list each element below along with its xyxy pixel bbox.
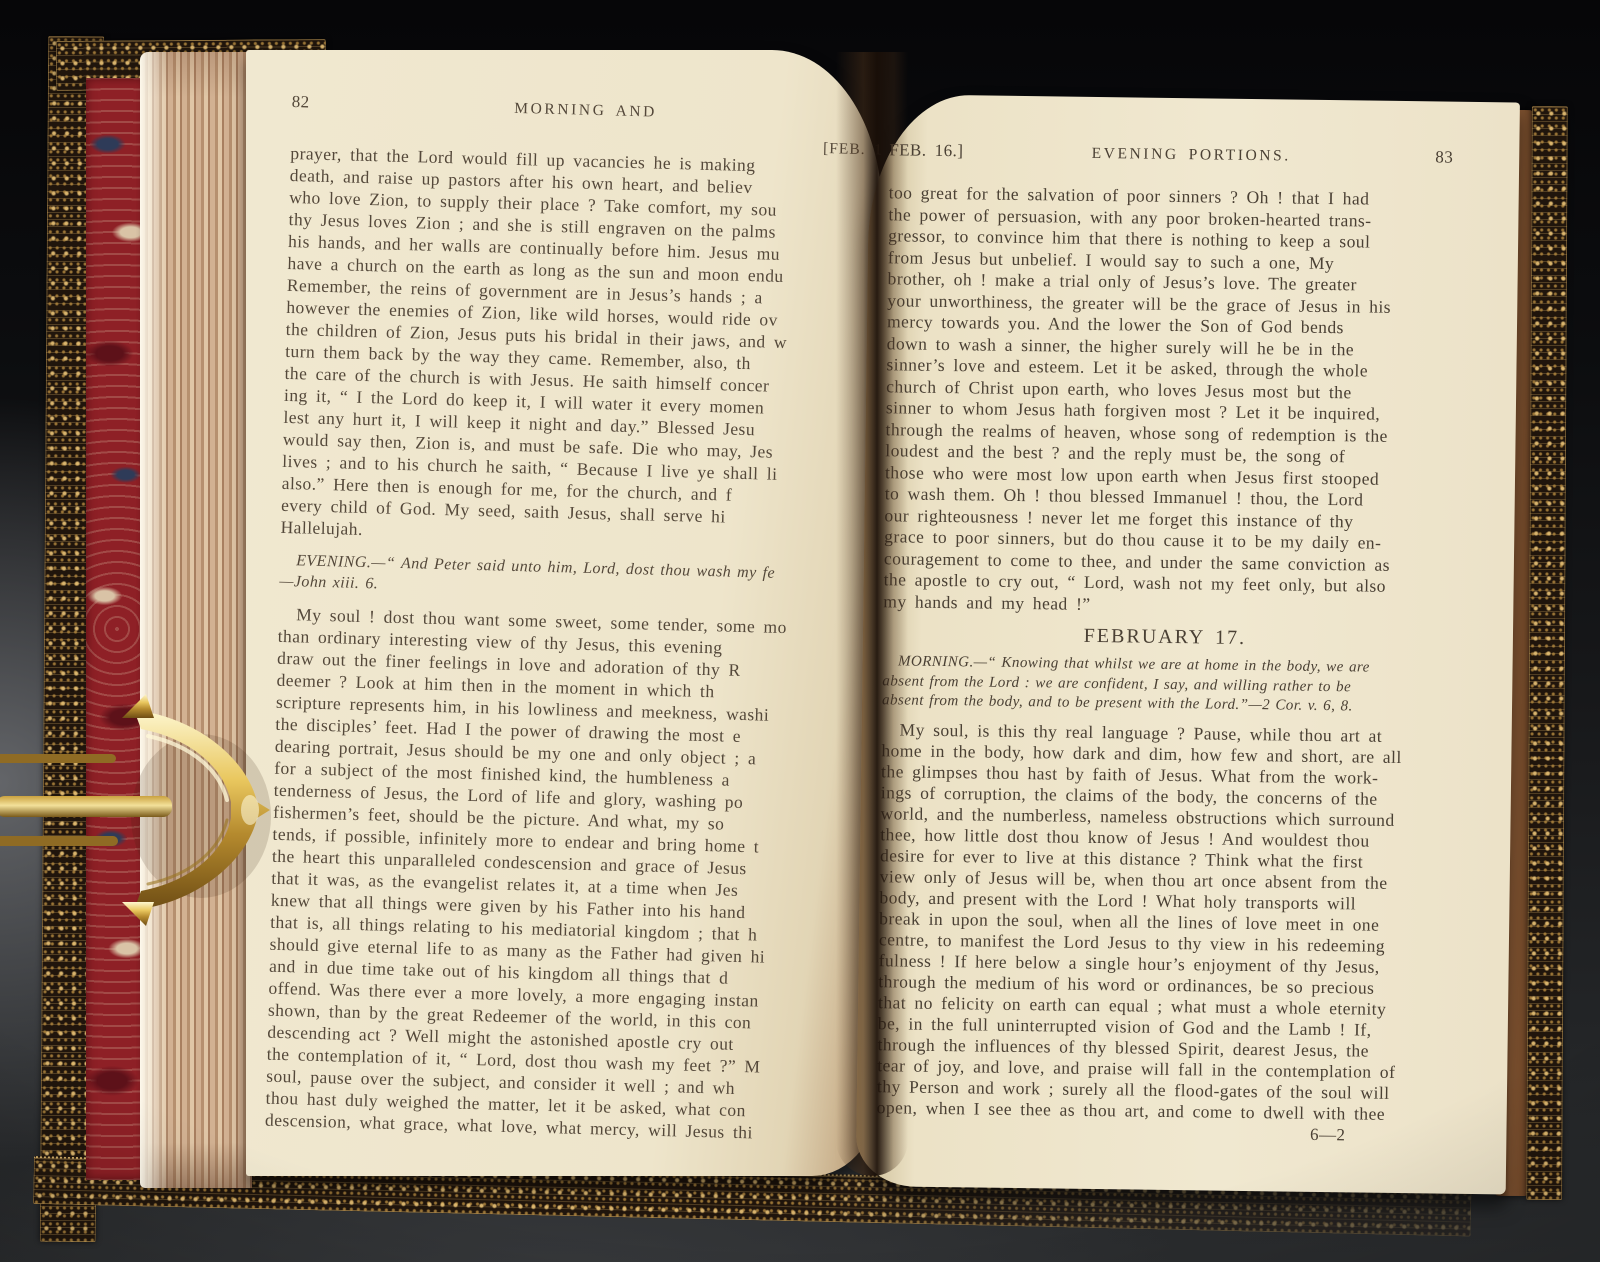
evening-scripture-quote: EVENING.—“ And Peter said unto him, Lord… [279, 550, 868, 607]
left-running-header: MORNING AND [361, 96, 809, 126]
left-paragraph-2: My soul ! dost thou want some sweet, som… [265, 603, 867, 1146]
brass-page-clip [0, 688, 288, 942]
right-paragraph-1: too great for the salvation of poor sinn… [883, 182, 1453, 619]
right-page-number: 83 [1383, 147, 1453, 168]
right-cover-gilt-border [1526, 106, 1568, 1200]
left-page-text: 82 MORNING AND [FEB. 1 prayer, that the … [265, 92, 880, 1146]
marbled-endpaper [86, 78, 148, 1180]
page-block-fore-edge [140, 52, 252, 1188]
right-paragraph-2: My soul, is this thy real language ? Pau… [877, 719, 1446, 1125]
left-page-header: 82 MORNING AND [291, 92, 879, 131]
left-page: 82 MORNING AND [FEB. 1 prayer, that the … [246, 50, 882, 1176]
morning-scripture-quote: MORNING.—“ Knowing that whilst we are at… [882, 652, 1447, 718]
right-running-header: EVENING PORTIONS. [999, 144, 1383, 167]
right-page: FEB. 16.] EVENING PORTIONS. 83 too great… [856, 94, 1520, 1194]
right-page-header: FEB. 16.] EVENING PORTIONS. 83 [889, 140, 1453, 171]
left-folio-date: [FEB. 1 [823, 140, 883, 160]
section-heading-february-17: FEBRUARY 17. [883, 620, 1447, 653]
left-paragraph-1: prayer, that the Lord would fill up vaca… [280, 142, 878, 553]
anchor-clip-icon [0, 688, 288, 942]
book-photo: 82 MORNING AND [FEB. 1 prayer, that the … [0, 0, 1600, 1262]
right-page-text: FEB. 16.] EVENING PORTIONS. 83 too great… [876, 140, 1453, 1147]
left-page-number: 82 [291, 92, 361, 114]
right-folio-date: FEB. 16.] [889, 140, 999, 161]
left-header-spacer [809, 121, 879, 123]
